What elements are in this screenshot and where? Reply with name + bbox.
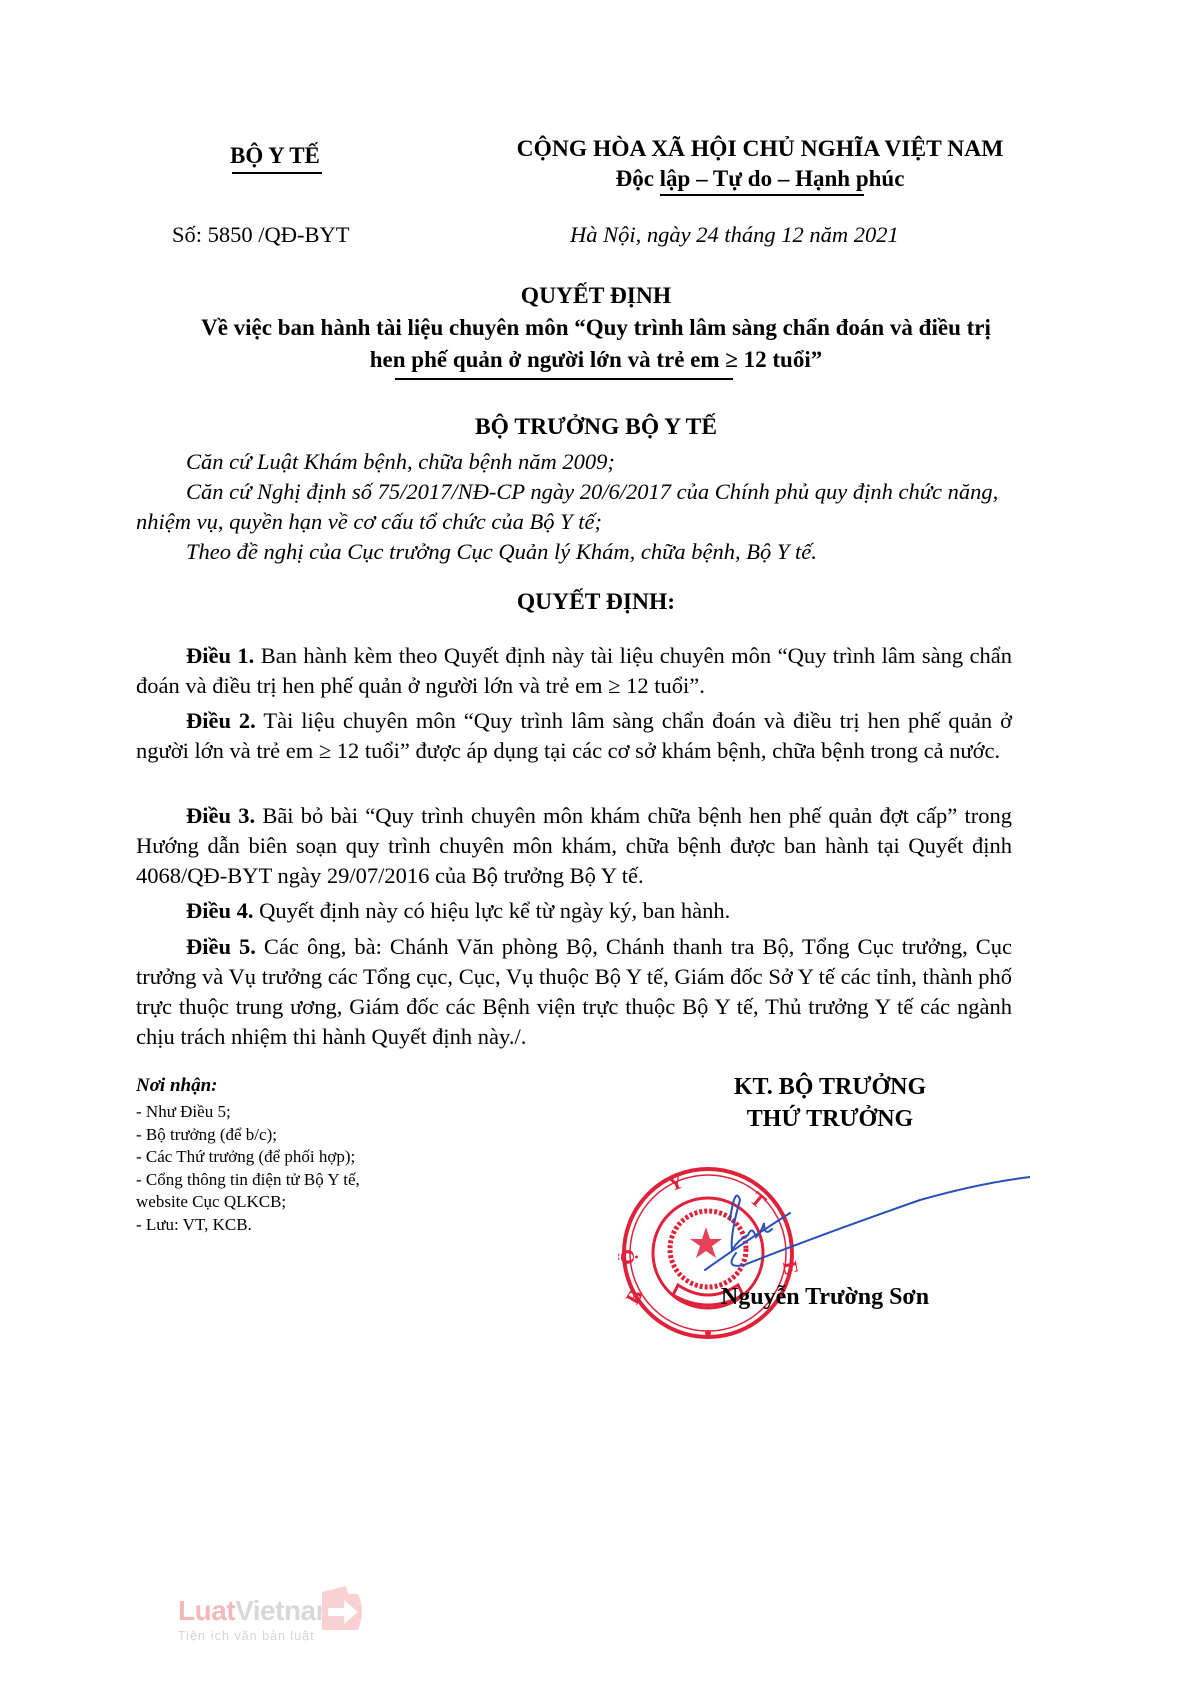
- signer-role-line-1: KT. BỘ TRƯỞNG: [680, 1074, 980, 1101]
- article-label: Điều 5.: [186, 934, 256, 959]
- legal-basis: Căn cứ Luật Khám bệnh, chữa bệnh năm 200…: [186, 447, 615, 477]
- recipients-list: - Như Điều 5; - Bộ trưởng (để b/c); - Cá…: [136, 1101, 456, 1236]
- article-label: Điều 3.: [186, 803, 255, 828]
- place-and-date: Hà Nội, ngày 24 tháng 12 năm 2021: [570, 222, 899, 248]
- recipient-item: - Như Điều 5;: [136, 1101, 456, 1124]
- article-text: Các ông, bà: Chánh Văn phòng Bộ, Chánh t…: [136, 934, 1012, 1049]
- issuing-agency: BỘ Y TẾ: [230, 143, 320, 169]
- article-text: Tài liệu chuyên môn “Quy trình lâm sàng …: [136, 708, 1012, 763]
- recipient-item: - Bộ trưởng (để b/c);: [136, 1124, 456, 1147]
- watermark-brand: LuatVietnam: [178, 1595, 340, 1627]
- issuing-authority: BỘ TRƯỞNG BỘ Y TẾ: [0, 414, 1192, 441]
- agency-underline: [232, 172, 322, 174]
- watermark-brand-part-1: Luat: [178, 1595, 235, 1626]
- article-2: Điều 2. Tài liệu chuyên môn “Quy trình l…: [136, 706, 1012, 766]
- document-number: Số: 5850 /QĐ-BYT: [172, 222, 350, 248]
- article-label: Điều 1.: [186, 643, 254, 668]
- subject-underline: [395, 378, 733, 380]
- signer-role-line-2: THỨ TRƯỞNG: [680, 1106, 980, 1133]
- seal-letter: Ộ: [618, 1249, 639, 1265]
- motto-underline: [660, 194, 864, 196]
- recipient-item: - Các Thứ trưởng (để phối hợp);: [136, 1146, 456, 1169]
- recipients-title: Nơi nhận:: [136, 1075, 217, 1097]
- article-text: Ban hành kèm theo Quyết định này tài liệ…: [136, 643, 1012, 698]
- decision-heading: QUYẾT ĐỊNH:: [0, 589, 1192, 616]
- recipient-item: - Lưu: VT, KCB.: [136, 1214, 456, 1237]
- document-subject-line-2: hen phế quản ở người lớn và trẻ em ≥ 12 …: [0, 347, 1192, 373]
- article-text: Bãi bỏ bài “Quy trình chuyên môn khám ch…: [136, 803, 1012, 888]
- article-3: Điều 3. Bãi bỏ bài “Quy trình chuyên môn…: [136, 801, 1012, 891]
- national-title: CỘNG HÒA XÃ HỘI CHỦ NGHĨA VIỆT NAM: [505, 136, 1015, 163]
- article-label: Điều 2.: [186, 708, 256, 733]
- document-title: QUYẾT ĐỊNH: [0, 283, 1192, 310]
- handwritten-signature-icon: [700, 1165, 1030, 1275]
- legal-basis: Theo đề nghị của Cục trưởng Cục Quản lý …: [186, 537, 817, 567]
- recipient-item: - Cổng thông tin điện tử Bộ Y tế,: [136, 1169, 456, 1192]
- legal-basis: Căn cứ Nghị định số 75/2017/NĐ-CP ngày 2…: [136, 477, 1012, 537]
- article-4: Điều 4. Quyết định này có hiệu lực kể từ…: [136, 896, 1012, 926]
- document-subject-line-1: Về việc ban hành tài liệu chuyên môn “Qu…: [0, 315, 1192, 341]
- watermark-arrow-logo-icon: [318, 1582, 368, 1637]
- recipient-item: website Cục QLKCB;: [136, 1191, 456, 1214]
- signer-name: Nguyễn Trường Sơn: [660, 1284, 990, 1311]
- national-motto: Độc lập – Tự do – Hạnh phúc: [505, 166, 1015, 192]
- watermark-tagline: Tiện ích văn bản luật: [178, 1629, 315, 1643]
- article-1: Điều 1. Ban hành kèm theo Quyết định này…: [136, 641, 1012, 701]
- article-label: Điều 4.: [186, 898, 254, 923]
- article-text: Quyết định này có hiệu lực kể từ ngày ký…: [254, 898, 731, 923]
- article-5: Điều 5. Các ông, bà: Chánh Văn phòng Bộ,…: [136, 932, 1012, 1052]
